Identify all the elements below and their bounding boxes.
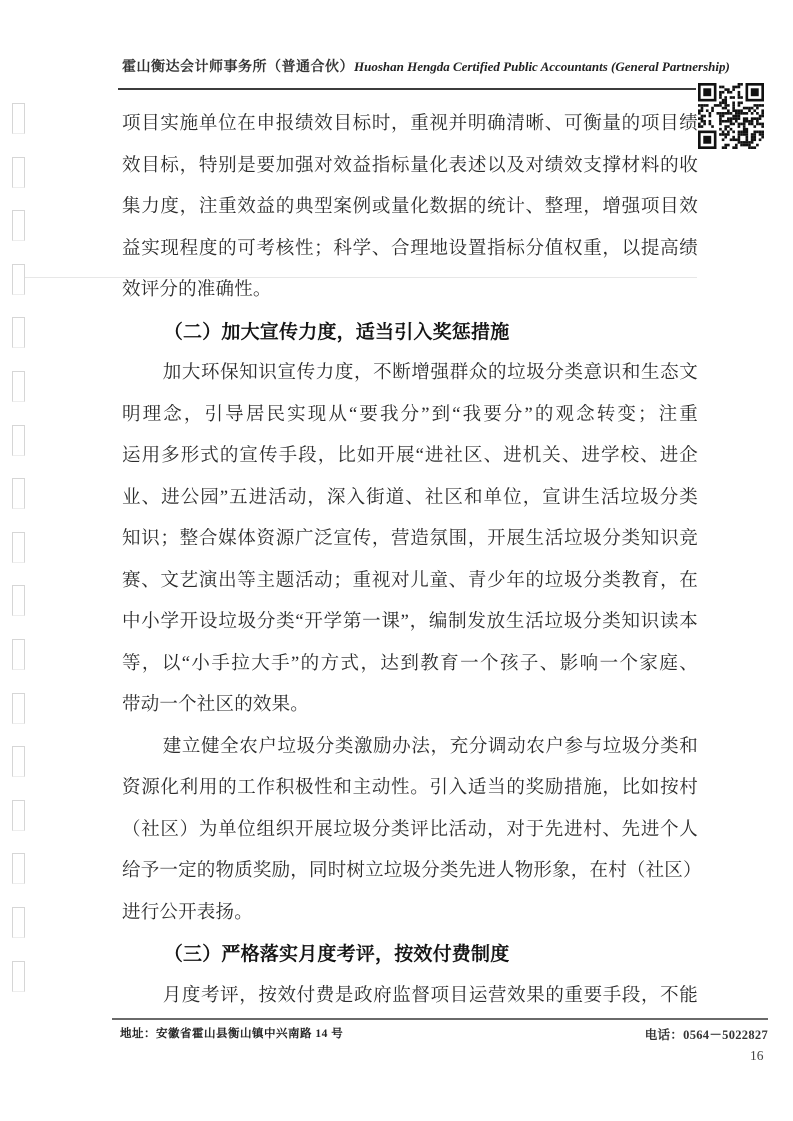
body-line: 知识；整合媒体资源广泛宣传，营造氛围，开展生活垃圾分类知识竞: [122, 519, 698, 561]
binding-hole: [12, 853, 25, 884]
body-line: 带动一个社区的效果。: [122, 685, 698, 727]
binding-hole: [12, 264, 25, 295]
body-line: 给予一定的物质奖励，同时树立垃圾分类先进人物形象，在村（社区）: [122, 851, 698, 893]
body-line: 业、进公园”五进活动，深入街道、社区和单位，宣讲生活垃圾分类: [122, 478, 698, 520]
body-line: （社区）为单位组织开展垃圾分类评比活动，对于先进村、先进个人: [122, 810, 698, 852]
footer-phone: 电话：0564－5022827: [645, 1025, 768, 1043]
body-line: 建立健全农户垃圾分类激励办法，充分调动农户参与垃圾分类和: [122, 727, 698, 769]
qr-code: [698, 83, 764, 149]
page-footer: 地址：安徽省霍山县衡山镇中兴南路 14 号 电话：0564－5022827: [120, 1025, 768, 1043]
body-line: 赛、文艺演出等主题活动；重视对儿童、青少年的垃圾分类教育，在: [122, 561, 698, 603]
page-header: 霍山衡达会计师事务所（普通合伙） Huoshan Hengda Certifie…: [122, 56, 698, 76]
binding-hole: [12, 478, 25, 509]
binding-hole: [12, 317, 25, 348]
firm-name-zh: 霍山衡达会计师事务所（普通合伙）: [122, 56, 354, 76]
document-page: 霍山衡达会计师事务所（普通合伙） Huoshan Hengda Certifie…: [0, 0, 793, 1121]
body-line: 等，以“小手拉大手”的方式，达到教育一个孩子、影响一个家庭、: [122, 644, 698, 686]
body-line: 中小学开设垃圾分类“开学第一课”，编制发放生活垃圾分类知识读本: [122, 602, 698, 644]
section-heading-3: （三）严格落实月度考评，按效付费制度: [122, 934, 698, 976]
firm-name-en: Huoshan Hengda Certified Public Accounta…: [354, 59, 730, 75]
body-line: 效目标，特别是要加强对效益指标量化表述以及对绩效支撑材料的收: [122, 146, 698, 188]
binding-hole: [12, 210, 25, 241]
binding-hole: [12, 639, 25, 670]
footer-address: 地址：安徽省霍山县衡山镇中兴南路 14 号: [120, 1025, 343, 1041]
body-line: 运用多形式的宣传手段，比如开展“进社区、进机关、进学校、进企: [122, 436, 698, 478]
binding-hole: [12, 103, 25, 134]
binding-hole: [12, 157, 25, 188]
body-line: 效评分的准确性。: [122, 270, 698, 312]
binding-hole: [12, 800, 25, 831]
footer-rule: [112, 1018, 768, 1020]
binding-hole: [12, 371, 25, 402]
page-number: 16: [750, 1048, 764, 1064]
body-line: 项目实施单位在申报绩效目标时，重视并明确清晰、可衡量的项目绩: [122, 104, 698, 146]
body-line: 加大环保知识宣传力度，不断增强群众的垃圾分类意识和生态文: [122, 353, 698, 395]
body-line: 益实现程度的可考核性；科学、合理地设置指标分值权重，以提高绩: [122, 229, 698, 271]
binding-hole: [12, 693, 25, 724]
body-line: 集力度，注重效益的典型案例或量化数据的统计、整理，增强项目效: [122, 187, 698, 229]
binding-hole: [12, 907, 25, 938]
body-line: 月度考评，按效付费是政府监督项目运营效果的重要手段，不能: [122, 976, 698, 1018]
section-heading-2: （二）加大宣传力度，适当引入奖惩措施: [122, 312, 698, 354]
body-line: 资源化利用的工作积极性和主动性。引入适当的奖励措施，比如按村: [122, 768, 698, 810]
binding-hole: [12, 585, 25, 616]
header-rule: [118, 88, 696, 90]
binding-hole: [12, 532, 25, 563]
body-line: 明理念，引导居民实现从“要我分”到“我要分”的观念转变；注重: [122, 395, 698, 437]
binding-hole: [12, 425, 25, 456]
body-line: 进行公开表扬。: [122, 893, 698, 935]
body-text: 项目实施单位在申报绩效目标时，重视并明确清晰、可衡量的项目绩 效目标，特别是要加…: [122, 104, 698, 1017]
binding-hole: [12, 746, 25, 777]
binding-hole: [12, 961, 25, 992]
